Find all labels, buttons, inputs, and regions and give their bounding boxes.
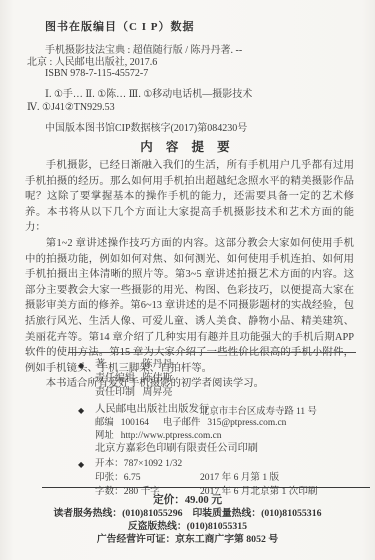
format-row: ◆ 开本：787×1092 1/32: [95, 458, 367, 470]
credit-row-printer: 责任印制 周昇亮: [95, 386, 367, 400]
edition-value: 2017 年 6 月第 1 版: [200, 472, 279, 484]
website-value: http://www.ptpress.com.cn: [121, 431, 222, 441]
copyright-page: 图书在版编目（C I P）数据 手机摄影技法宝典 : 超值随行版 / 陈丹丹著.…: [0, 0, 375, 560]
divider-rule-top: [68, 352, 356, 353]
credit-name: 陈伟斯: [143, 373, 173, 384]
reader-hotline: 读者服务热线：(010)81055296: [54, 508, 183, 519]
cip-heading: 图书在版编目（C I P）数据: [45, 18, 194, 34]
cip-isbn-line: ISBN 978-7-115-45572-7: [27, 68, 365, 80]
divider-rule-bottom: [42, 487, 370, 488]
credit-row-editor: 责任编辑 陈伟斯: [95, 372, 367, 386]
website-row: 网址http://www.ptpress.com.cn: [95, 430, 367, 443]
format-label: 开本：: [95, 458, 124, 469]
credit-name: 周昇亮: [143, 387, 173, 398]
credit-role: 责任印制: [95, 386, 140, 400]
quality-hotline: 印装质量热线：(010)81055316: [193, 508, 322, 519]
colophon-block: ◆ 著 陈丹丹 责任编辑 陈伟斯 责任印制 周昇亮 ◆ 人民邮电出版社出版发行 …: [95, 358, 367, 498]
piracy-hotline: 反盗版热线：(010)81055315: [0, 520, 375, 533]
email-label: 电子邮件: [163, 418, 201, 428]
format-value: 787×1092 1/32: [124, 458, 182, 469]
cip-record-block: 手机摄影技法宝典 : 超值随行版 / 陈丹丹著. -- 北京 : 人民邮电出版社…: [27, 45, 365, 80]
cip-record-line: 手机摄影技法宝典 : 超值随行版 / 陈丹丹著. --: [27, 45, 365, 57]
postcode-value: 100164: [121, 418, 149, 428]
diamond-bullet-icon: ◆: [78, 459, 84, 471]
diamond-bullet-icon: ◆: [78, 359, 84, 373]
email-value: 315@ptpress.com.cn: [207, 418, 286, 428]
sheets-label: 印张：: [95, 472, 124, 483]
price: 定价：49.00 元: [0, 492, 375, 507]
sheets-edition-row: 印张：6.75 2017 年 6 月第 1 版: [95, 472, 367, 484]
postcode-label: 邮编: [95, 418, 114, 428]
publisher-row: ◆ 人民邮电出版社出版发行 北京市丰台区成寿寺路 11 号: [95, 403, 367, 417]
ad-license: 广告经营许可证：京东工商广字第 8052 号: [0, 533, 375, 546]
cip-registry-number: 中国版本图书馆CIP数据核字(2017)第084230号: [45, 119, 247, 134]
abstract-paragraph: 手机摄影，已经日渐融入我们的生活，所有手机用户几乎都有过用手机拍摄的经历。那么如…: [25, 158, 354, 236]
hotline-line: 读者服务热线：(010)81055296印装质量热线：(010)81055316: [0, 507, 375, 520]
abstract-paragraph: 第1~2 章讲述操作技巧方面的内容。这部分教会大家如何使用手机中的拍摄功能，例如…: [25, 236, 354, 376]
diamond-bullet-icon: ◆: [78, 404, 84, 418]
cip-classification-block: Ⅰ. ①手… Ⅱ. ①陈… Ⅲ. ①移动电话机—摄影技术 Ⅳ. ①J41②TN9…: [27, 89, 365, 114]
credit-name: 陈丹丹: [143, 359, 173, 370]
abstract-title: 内 容 提 要: [0, 137, 375, 155]
cip-record-line: 北京 : 人民邮电出版社, 2017.6: [27, 57, 365, 69]
cip-class-line: Ⅳ. ①J41②TN929.53: [27, 102, 365, 115]
website-label: 网址: [95, 431, 114, 441]
abstract-body: 手机摄影，已经日渐融入我们的生活，所有手机用户几乎都有过用手机拍摄的经历。那么如…: [25, 158, 354, 392]
publisher-name: 人民邮电出版社出版发行: [95, 404, 209, 415]
credit-row-author: ◆ 著 陈丹丹: [95, 358, 367, 372]
printer-row: 北京方嘉彩色印刷有限责任公司印刷: [95, 443, 367, 456]
credit-role: 著: [95, 358, 140, 372]
footer-hotlines: 读者服务热线：(010)81055296印装质量热线：(010)81055316…: [0, 507, 375, 547]
postcode-email-row: 邮编100164电子邮件315@ptpress.com.cn: [95, 417, 367, 430]
credit-role: 责任编辑: [95, 372, 140, 386]
cip-class-line: Ⅰ. ①手… Ⅱ. ①陈… Ⅲ. ①移动电话机—摄影技术: [27, 89, 365, 102]
sheets-value: 6.75: [124, 472, 141, 483]
